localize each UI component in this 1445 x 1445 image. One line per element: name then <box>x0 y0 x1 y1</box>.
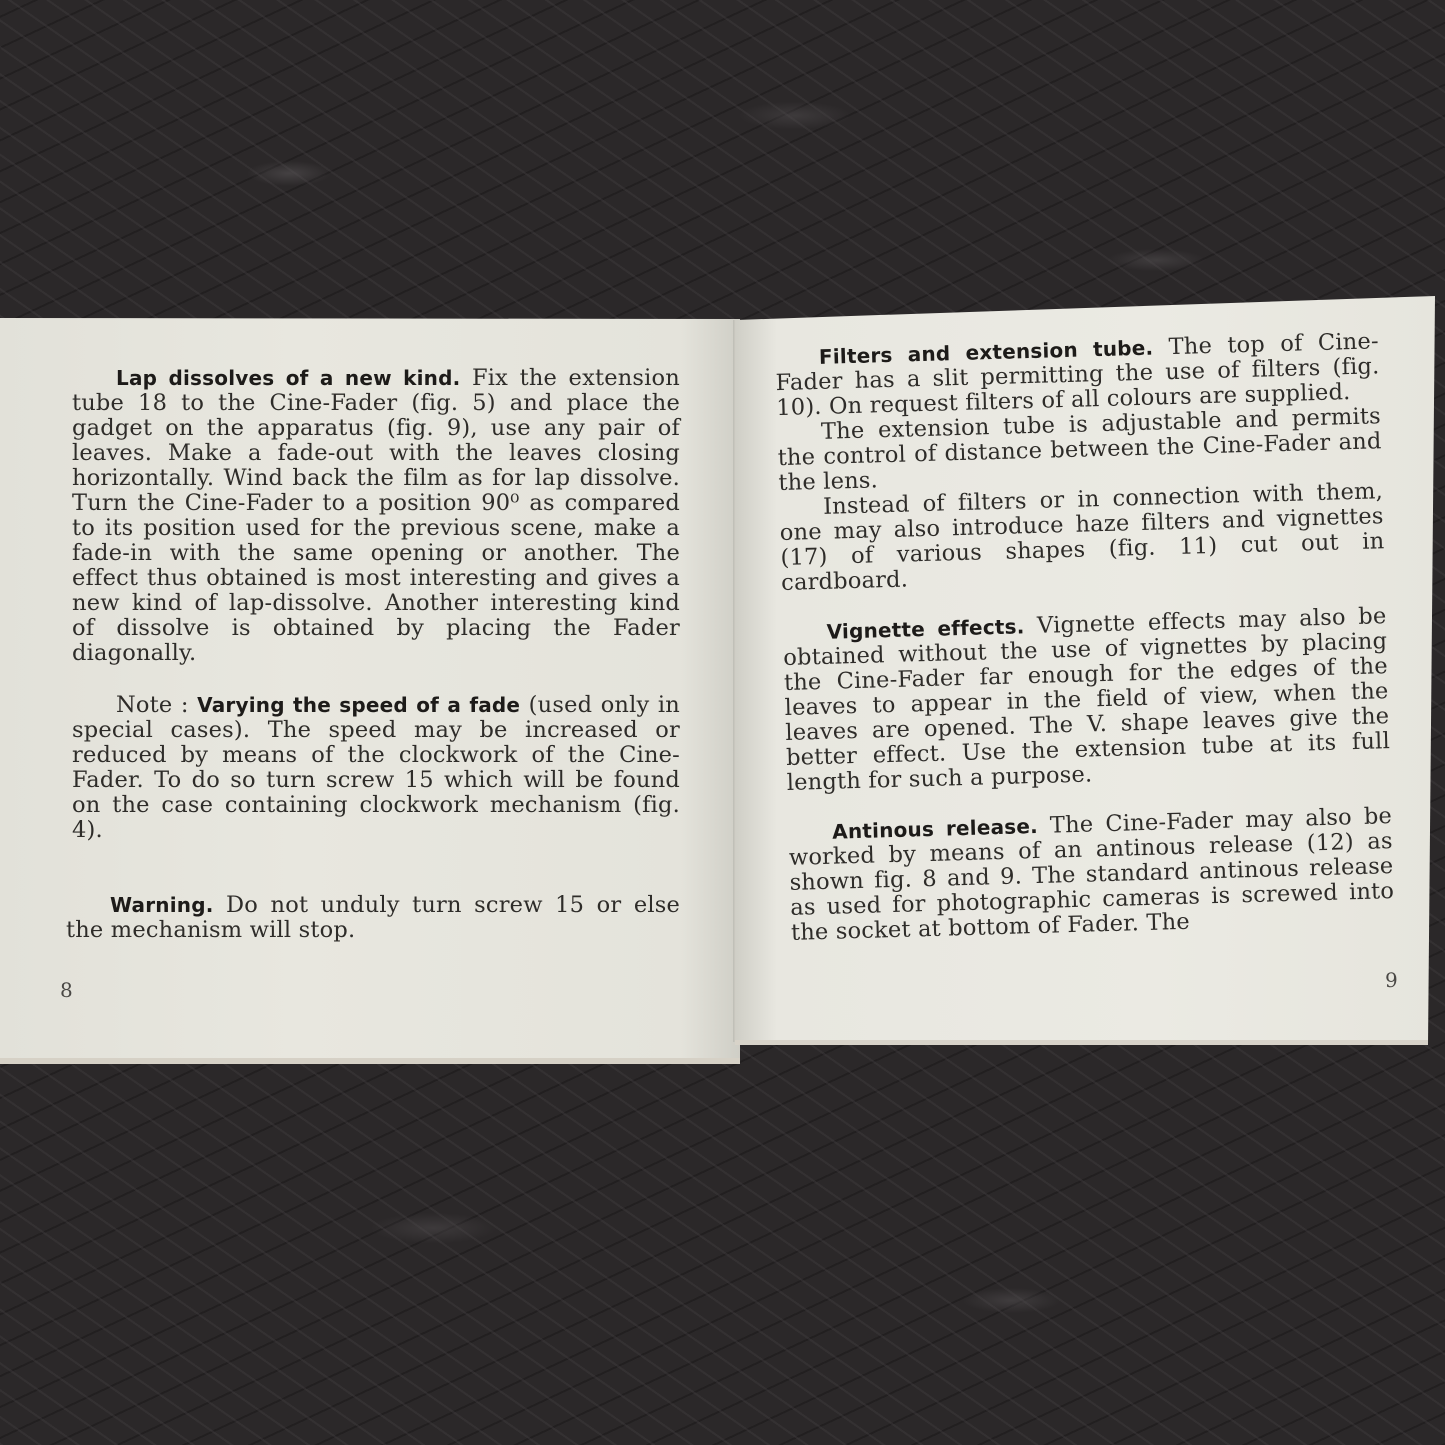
open-booklet: Lap dissolves of a new kind. Fix the ext… <box>0 0 1445 1445</box>
section-body: Fix the extension tube 18 to the Cine-Fa… <box>72 365 680 666</box>
page-number: 8 <box>60 978 73 1002</box>
section-antinous-release: Antinous release. The Cine-Fader may als… <box>788 804 1395 946</box>
section-warning: Warning. Do not unduly turn screw 15 or … <box>66 893 680 943</box>
page-number: 9 <box>1385 968 1398 992</box>
right-page: Filters and extension tube. The top of C… <box>735 296 1435 1045</box>
section-heading: Warning. <box>110 893 214 917</box>
section-haze-filters: Instead of filters or in connection with… <box>779 479 1386 596</box>
section-lap-dissolves: Lap dissolves of a new kind. Fix the ext… <box>72 366 680 666</box>
section-vignette-effects: Vignette effects. Vignette effects may a… <box>782 604 1391 796</box>
left-page-text: Lap dissolves of a new kind. Fix the ext… <box>72 366 680 943</box>
right-page-text: Filters and extension tube. The top of C… <box>775 329 1396 946</box>
section-heading: Lap dissolves of a new kind. <box>116 366 460 390</box>
section-varying-speed: Note : Varying the speed of a fade (used… <box>72 693 680 843</box>
section-heading: Varying the speed of a fade <box>197 693 520 717</box>
left-page: Lap dissolves of a new kind. Fix the ext… <box>0 318 740 1064</box>
note-prefix: Note : <box>116 692 197 718</box>
